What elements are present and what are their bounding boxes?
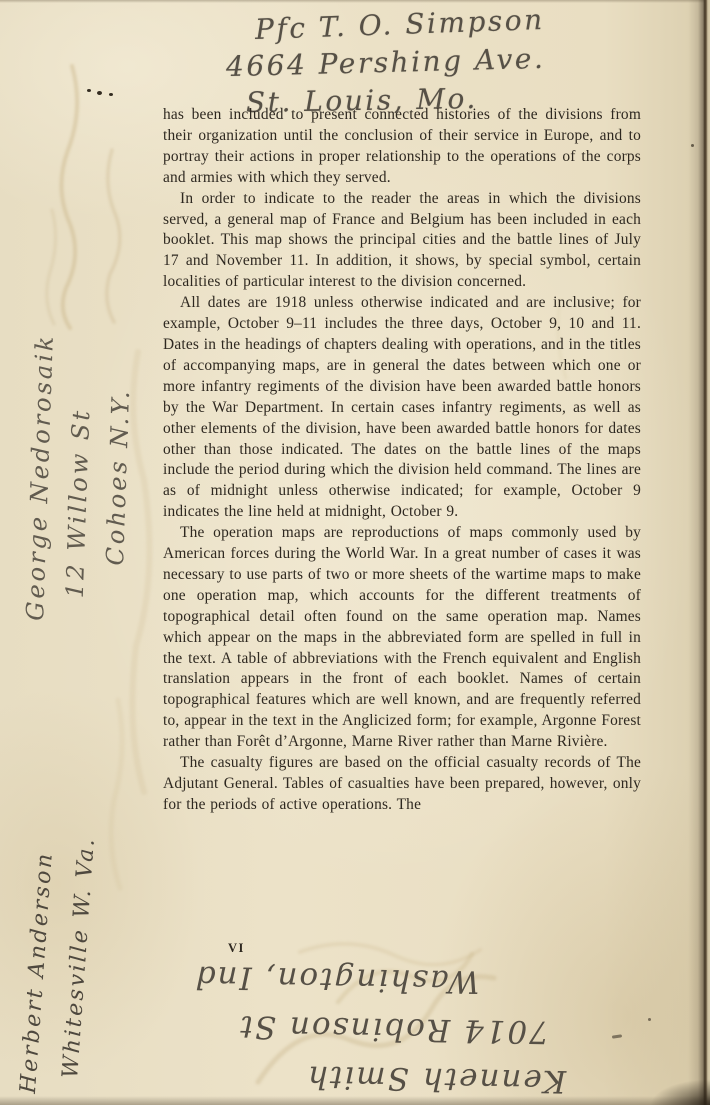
page-edge-right [688,0,710,1105]
ink-speck [87,89,91,92]
handwriting-line: Cohoes N.Y. [96,293,144,566]
paragraph: In order to indicate to the reader the a… [163,189,641,294]
ink-speck [109,93,113,96]
handwritten-margin-name-upper: George Nedorosaik 12 Willow St Cohoes N.… [16,290,153,624]
paragraph: The operation maps are reproductions of … [163,523,641,753]
paragraph: The casualty figures are based on the of… [163,753,641,816]
page-edge-bottom [0,1096,710,1105]
handwriting-line: 7014 Robinson St [165,1000,550,1056]
paragraph: All dates are 1918 unless otherwise indi… [163,293,641,523]
ink-speck [648,1018,651,1021]
handwritten-inverted-signature: Kenneth Smith 7014 Robinson St Washingto… [164,942,617,1105]
printed-body-text: has been included to present connected h… [163,105,641,816]
scanned-book-page: Pfc T. O. Simpson 4664 Pershing Ave. St.… [0,0,710,1105]
ink-speck [97,91,102,95]
page-edge-top [0,0,710,3]
page-corner-shadow [650,1079,710,1105]
paragraph: has been included to present connected h… [163,105,641,189]
handwriting-line: Washington, Ind [165,951,480,1005]
